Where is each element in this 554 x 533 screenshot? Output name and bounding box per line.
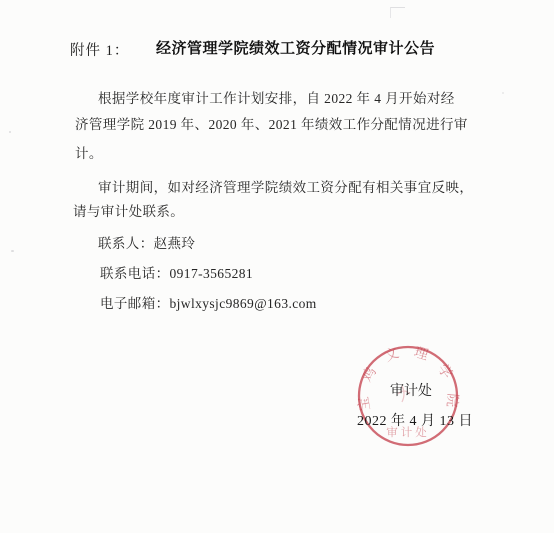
seal-arc-text: 宝鸡文理学院	[356, 344, 461, 412]
paragraph1-line2: 济管理学院 2019 年、2020 年、2021 年绩效工作分配情况进行审	[75, 117, 468, 134]
paragraph1-line1: 根据学校年度审计工作计划安排，自 2022 年 4 月开始对经	[98, 91, 455, 108]
contact-phone: 联系电话：0917-3565281	[100, 266, 253, 283]
scanned-document-page: 附件 1： 经济管理学院绩效工资分配情况审计公告 根据学校年度审计工作计划安排，…	[0, 0, 554, 533]
document-title: 经济管理学院绩效工资分配情况审计公告	[156, 40, 435, 59]
contact-person: 联系人：赵燕玲	[98, 236, 195, 253]
signature-date: 2022 年 4 月 13 日	[357, 413, 473, 431]
contact-email: 电子邮箱：bjwlxysjc9869@163.com	[100, 296, 317, 313]
scan-speck	[9, 131, 11, 133]
scan-speck	[11, 250, 14, 252]
scan-artifact	[390, 7, 405, 18]
signature-department: 审计处	[390, 383, 432, 401]
paragraph1-line3: 计。	[75, 146, 103, 163]
paragraph2-line2: 请与审计处联系。	[73, 204, 184, 221]
attachment-label: 附件 1：	[70, 42, 129, 60]
paragraph2-line1: 审计期间，如对经济管理学院绩效工资分配有相关事宜反映，	[98, 180, 473, 197]
scan-speck	[502, 92, 504, 94]
seal-arc-text-holder: 宝鸡文理学院	[356, 344, 461, 412]
